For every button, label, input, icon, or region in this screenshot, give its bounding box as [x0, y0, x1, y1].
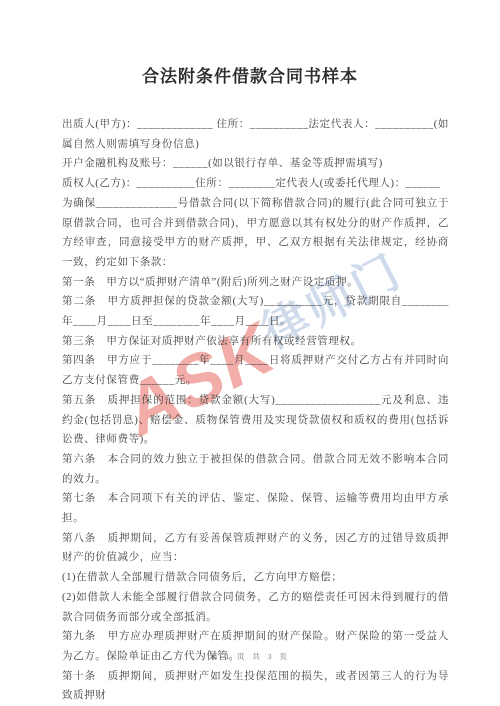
contract-paragraph: 第六条 本合同的效力独立于被担保的借款合同。借款合同无效不影响本合同的效力。	[62, 450, 449, 489]
contract-paragraph: 第五条 质押担保的范围：贷款金额(大写)__________________元及…	[62, 391, 449, 450]
contract-paragraph: 第一条 甲方以“质押财产清单”(附后)所列之财产设定质押。	[62, 273, 449, 293]
contract-paragraph: 第十条 质押期间，质押财产如发生投保范围的损失，或者因第三人的行为导致质押财	[62, 667, 449, 706]
contract-paragraph: 第八条 质押期间，乙方有妥善保管质押财产的义务，因乙方的过错导致质押财产的价值减…	[62, 529, 449, 568]
contract-paragraph: 开户金融机构及账号：______(如以银行存单、基金等质押需填写)	[62, 154, 449, 174]
contract-page: ASK律师门 合法附条件借款合同书样本 出质人(甲方)：____________…	[0, 0, 500, 706]
contract-paragraph: 第三条 甲方保证对质押财产依法享有所有权或经营管理权。	[62, 332, 449, 352]
contract-paragraph: 第七条 本合同项下有关的评估、鉴定、保险、保管、运输等费用均由甲方承担。	[62, 489, 449, 528]
contract-body: 出质人(甲方)：_____________ 住所：__________法定代表人…	[62, 115, 449, 706]
contract-paragraph: (2)如借款人未能全部履行借款合同债务，乙方的赔偿责任可因未得到履行的借款合同债…	[62, 588, 449, 627]
contract-paragraph: 质权人(乙方)：__________住所：________定代表人(或委托代理人…	[62, 174, 449, 194]
contract-paragraph: 出质人(甲方)：_____________ 住所：__________法定代表人…	[62, 115, 449, 154]
contract-paragraph: (1)在借款人全部履行借款合同债务后，乙方向甲方赔偿；	[62, 568, 449, 588]
contract-paragraph: 第二条 甲方质押担保的贷款金额(大写)__________元，贷款期限自____…	[62, 292, 449, 331]
contract-paragraph: 第四条 甲方应于________年____月____日将质押财产交付乙方占有并同…	[62, 351, 449, 390]
contract-paragraph: 为确保______________号借款合同(以下简称借款合同)的履行(此合同可…	[62, 194, 449, 273]
page-title: 合法附条件借款合同书样本	[0, 62, 500, 87]
page-footer: 第 1 页 共 3 页	[0, 651, 500, 662]
